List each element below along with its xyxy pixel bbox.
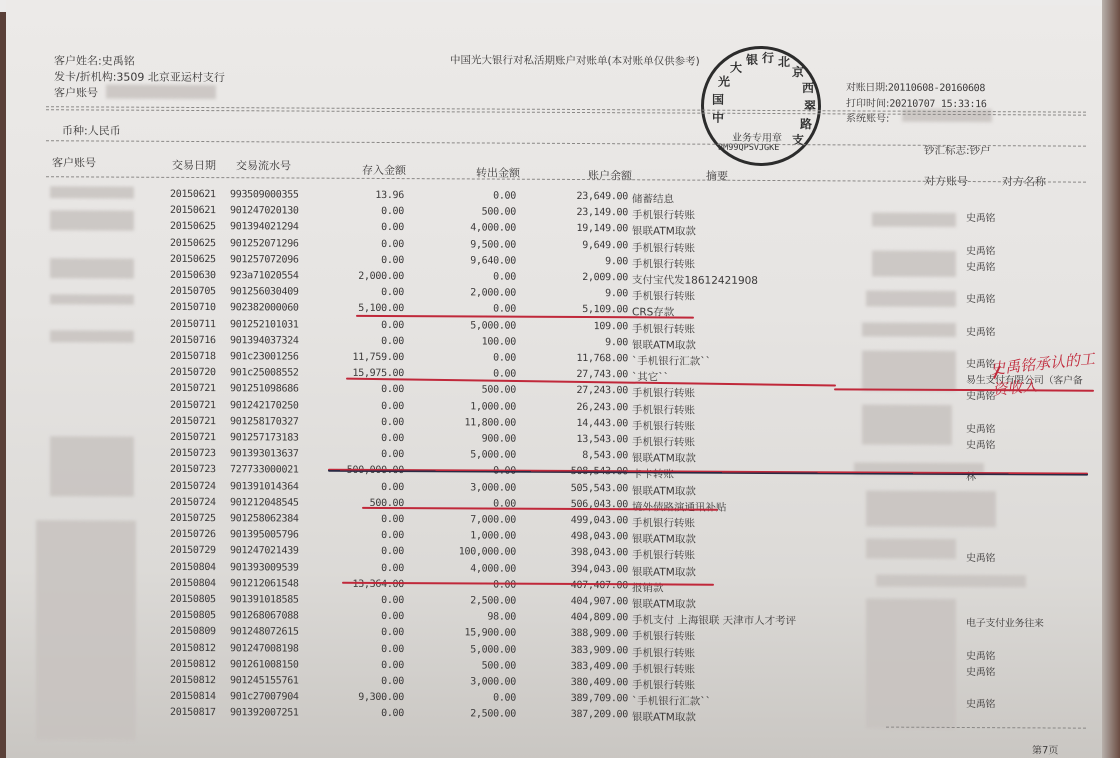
withdrawal-amount: 3,000.00 <box>470 676 516 687</box>
deposit-amount: 0.00 <box>381 563 404 574</box>
counterparty-name: 史禹铭 <box>966 436 995 451</box>
transaction-date: 20150725 <box>170 513 216 524</box>
deposit-amount: 13.96 <box>375 190 404 201</box>
transaction-date: 20150812 <box>170 659 216 670</box>
account-balance: 407,407.00 <box>571 580 628 591</box>
counterparty-name: 林 <box>966 468 976 483</box>
stamp-purpose: 业务专用章 <box>732 129 782 144</box>
transaction-serial: 993509000355 <box>230 189 299 200</box>
transaction-serial: 901248072615 <box>230 627 299 638</box>
print-time: 打印时间:20210707 15:33:16 <box>846 94 987 110</box>
transaction-serial: 901247008198 <box>230 643 299 654</box>
deposit-amount: 0.00 <box>381 530 404 541</box>
account-balance: 394,043.00 <box>571 564 628 575</box>
transaction-serial: 901395005796 <box>230 529 299 540</box>
transaction-serial: 901394037324 <box>230 335 299 346</box>
counterparty-name: 史禹铭 <box>966 258 995 273</box>
transaction-date: 20150621 <box>170 189 216 200</box>
transaction-date: 20150625 <box>170 237 216 248</box>
transaction-summary: 手机银行转账 <box>632 321 695 336</box>
transaction-serial: 901257173183 <box>230 432 299 443</box>
transaction-date: 20150724 <box>170 480 216 491</box>
counterparty-name: 史禹铭 <box>966 290 995 305</box>
transaction-date: 20150625 <box>170 221 216 232</box>
deposit-amount: 0.00 <box>381 449 404 460</box>
account-balance: 380,409.00 <box>571 677 628 688</box>
account-balance: 9.00 <box>605 337 628 348</box>
transaction-serial: 901212061548 <box>230 578 299 589</box>
customer-account-label: 客户账号 <box>54 84 98 100</box>
redacted-account <box>106 85 216 100</box>
transaction-date: 20150721 <box>170 432 216 443</box>
transaction-summary: 银联ATM取款 <box>632 710 696 725</box>
transaction-date: 20150804 <box>170 578 216 589</box>
customer-name-label: 客户姓名: <box>54 54 102 67</box>
transaction-summary: 手机银行转账 <box>632 386 695 401</box>
account-balance: 387,209.00 <box>571 709 628 720</box>
account-balance: 109.00 <box>594 321 628 332</box>
deposit-amount: 0.00 <box>381 660 404 671</box>
stamp-char: 大 <box>730 59 742 76</box>
transaction-serial: 901251098686 <box>230 384 299 395</box>
deposit-amount: 5,100.00 <box>358 303 404 314</box>
transaction-serial: 901393009539 <box>230 562 299 573</box>
deposit-amount: 0.00 <box>381 336 404 347</box>
transaction-summary: 手机银行转账 <box>632 548 695 563</box>
transaction-summary: 手机银行转账 <box>632 645 695 660</box>
transaction-summary: 银联ATM取款 <box>632 483 696 498</box>
withdrawal-amount: 2,000.00 <box>470 288 516 299</box>
transaction-date: 20150621 <box>170 205 216 216</box>
counterparty-name: 史禹铭 <box>966 663 995 678</box>
cash-flag-value: 钞户 <box>970 145 991 157</box>
transaction-serial: 901256030409 <box>230 286 299 297</box>
branch-value: 3509 北京亚运村支行 <box>116 71 225 85</box>
transaction-summary: 手机银行转账 <box>632 256 695 271</box>
transaction-serial: 901c23001256 <box>230 351 299 362</box>
withdrawal-amount: 1,000.00 <box>470 401 516 412</box>
transaction-summary: 手机支付 上海银联 天津市人才考评 <box>632 612 796 628</box>
withdrawal-amount: 7,000.00 <box>470 514 516 525</box>
withdrawal-amount: 5,000.00 <box>470 450 516 461</box>
transaction-date: 20150718 <box>170 351 216 362</box>
transaction-summary: 银联ATM取款 <box>632 337 696 352</box>
transaction-date: 20150726 <box>170 529 216 540</box>
account-balance: 11,768.00 <box>577 353 629 364</box>
withdrawal-amount: 0.00 <box>493 191 516 202</box>
withdrawal-amount: 5,000.00 <box>470 320 516 331</box>
withdrawal-amount: 4,000.00 <box>470 223 516 234</box>
transaction-serial: 901393013637 <box>230 448 299 459</box>
stamp-char: 支 <box>792 131 804 148</box>
stamp-char: 光 <box>718 73 730 90</box>
deposit-amount: 0.00 <box>381 433 404 444</box>
deposit-amount: 0.00 <box>381 206 404 217</box>
transaction-summary: 手机银行转账 <box>632 240 695 255</box>
deposit-amount: 0.00 <box>381 514 404 525</box>
deposit-amount: 9,300.00 <box>358 692 404 703</box>
stamp-char: 行 <box>762 49 774 66</box>
col-date: 交易日期 <box>172 157 216 173</box>
account-balance: 404,809.00 <box>571 612 628 623</box>
account-balance: 389,709.00 <box>571 693 628 704</box>
withdrawal-amount: 2,500.00 <box>470 709 516 720</box>
transaction-serial: 901212048545 <box>230 497 299 508</box>
counterparty-name: 史禹铭 <box>966 420 995 435</box>
transaction-date: 20150711 <box>170 318 216 329</box>
transaction-summary: `手机银行汇款`` <box>632 693 711 708</box>
deposit-amount: 0.00 <box>381 676 404 687</box>
transaction-serial: 901257072096 <box>230 254 299 265</box>
transaction-date: 20150814 <box>170 691 216 702</box>
transaction-date: 20150721 <box>170 399 216 410</box>
transaction-summary: 手机银行转账 <box>632 434 695 449</box>
account-balance: 404,907.00 <box>571 596 628 607</box>
deposit-amount: 0.00 <box>381 239 404 250</box>
transaction-summary: 手机银行转账 <box>632 677 695 692</box>
transaction-serial: 901394021294 <box>230 222 299 233</box>
account-balance: 9.00 <box>605 288 628 299</box>
deposit-amount: 0.00 <box>381 255 404 266</box>
withdrawal-amount: 98.00 <box>487 612 516 623</box>
currency-label: 币种: <box>62 124 88 137</box>
col-serial: 交易流水号 <box>236 157 291 173</box>
stamp-char: 西 <box>802 79 814 96</box>
transaction-summary: 支付宝代发18612421908 <box>632 272 758 288</box>
transaction-summary: 手机银行转账 <box>632 515 695 530</box>
transaction-summary: 手机银行转账 <box>632 402 695 417</box>
deposit-amount: 0.00 <box>381 595 404 606</box>
account-balance: 26,243.00 <box>577 402 629 413</box>
account-balance: 383,909.00 <box>571 645 628 656</box>
transaction-serial: 901c27007904 <box>230 691 299 702</box>
transaction-serial: 901252101031 <box>230 319 299 330</box>
account-balance: 383,409.00 <box>571 661 628 672</box>
transaction-serial: 901252071296 <box>230 238 299 249</box>
deposit-amount: 0.00 <box>381 546 404 557</box>
transaction-summary: 手机银行转账 <box>632 207 695 222</box>
transaction-serial: 923a71020554 <box>230 270 299 281</box>
transaction-serial: 901391014364 <box>230 481 299 492</box>
transaction-summary: 银联ATM取款 <box>632 564 696 579</box>
transaction-date: 20150625 <box>170 254 216 265</box>
transaction-date: 20150809 <box>170 626 216 637</box>
transaction-date: 20150812 <box>170 642 216 653</box>
transaction-serial: 901247020130 <box>230 205 299 216</box>
transaction-date: 20150723 <box>170 448 216 459</box>
customer-name-value: 史禹铭 <box>102 55 135 68</box>
transaction-date: 20150705 <box>170 286 216 297</box>
col-customer-account: 客户账号 <box>52 154 96 170</box>
account-balance: 14,443.00 <box>577 418 629 429</box>
withdrawal-amount: 1,000.00 <box>470 531 516 542</box>
account-balance: 27,243.00 <box>577 385 629 396</box>
account-balance: 2,009.00 <box>582 272 628 283</box>
transaction-date: 20150721 <box>170 383 216 394</box>
period-value: 20110608-20160608 <box>888 83 985 95</box>
counterparty-name: 史禹铭 <box>966 647 995 662</box>
deposit-amount: 0.00 <box>381 708 404 719</box>
withdrawal-amount: 3,000.00 <box>470 482 516 493</box>
withdrawal-amount: 900.00 <box>482 433 516 444</box>
deposit-amount: 0.00 <box>381 287 404 298</box>
withdrawal-amount: 2,500.00 <box>470 595 516 606</box>
account-balance: 398,043.00 <box>571 547 628 558</box>
stamp-char: 北 <box>778 53 790 70</box>
account-balance: 23,649.00 <box>577 191 629 202</box>
deposit-amount: 0.00 <box>381 627 404 638</box>
statement-title: 中国光大银行对私活期账户对账单(本对账单仅供参考) <box>450 52 700 68</box>
account-balance: 27,743.00 <box>577 369 629 380</box>
transaction-date: 20150710 <box>170 302 216 313</box>
transaction-serial: 901242170250 <box>230 400 299 411</box>
transaction-date: 20150804 <box>170 561 216 572</box>
print-time-label: 打印时间: <box>846 98 889 109</box>
transaction-serial: 901247021439 <box>230 546 299 557</box>
withdrawal-amount: 0.00 <box>493 369 516 380</box>
customer-name: 客户姓名:史禹铭 <box>54 52 135 68</box>
stamp-char: 国 <box>712 91 724 108</box>
deposit-amount: 0.00 <box>381 611 404 622</box>
transaction-date: 20150630 <box>170 270 216 281</box>
transaction-summary: 银联ATM取款 <box>632 224 696 239</box>
transaction-date: 20150812 <box>170 675 216 686</box>
transaction-date: 20150805 <box>170 594 216 605</box>
transaction-summary: 储蓄结息 <box>632 191 674 206</box>
branch-label: 发卡/折机构: <box>54 70 116 83</box>
counterparty-name: 史禹铭 <box>966 549 995 564</box>
col-summary: 摘要 <box>706 168 728 184</box>
withdrawal-amount: 11,800.00 <box>465 417 517 428</box>
deposit-amount: 13,364.00 <box>353 579 405 590</box>
transaction-date: 20150723 <box>170 464 216 475</box>
transaction-serial: 901258062384 <box>230 513 299 524</box>
page-number: 第7页 <box>1032 741 1058 756</box>
withdrawal-amount: 4,000.00 <box>470 563 516 574</box>
transaction-serial: 901261008150 <box>230 659 299 670</box>
bank-seal-stamp: 中 国 光 大 银 行 北 京 西 翠 路 支 业务专用章 BM99QPSVJG… <box>701 46 821 167</box>
transaction-summary: 银联ATM取款 <box>632 531 696 546</box>
account-balance: 5,109.00 <box>582 304 628 315</box>
deposit-amount: 0.00 <box>381 482 404 493</box>
counterparty-name: 史禹铭 <box>966 323 995 338</box>
period-label: 对账日期: <box>846 82 888 93</box>
transaction-date: 20150721 <box>170 416 216 427</box>
withdrawal-amount: 9,640.00 <box>470 255 516 266</box>
account-balance: 505,543.00 <box>571 483 628 494</box>
transaction-summary: 手机银行转账 <box>632 288 695 303</box>
currency: 币种:人民币 <box>62 122 121 138</box>
withdrawal-amount: 100,000.00 <box>459 547 516 558</box>
account-balance: 498,043.00 <box>571 531 628 542</box>
withdrawal-amount: 0.00 <box>493 693 516 704</box>
transaction-serial: 901392007251 <box>230 708 299 719</box>
counterparty-name: 史禹铭 <box>966 242 995 257</box>
account-balance: 13,543.00 <box>577 434 629 445</box>
deposit-amount: 2,000.00 <box>358 271 404 282</box>
stamp-char: 京 <box>792 63 804 80</box>
account-balance: 8,543.00 <box>582 450 628 461</box>
transaction-date: 20150720 <box>170 367 216 378</box>
transaction-serial: 902382000060 <box>230 303 299 314</box>
issuing-branch: 发卡/折机构:3509 北京亚运村支行 <box>54 68 225 85</box>
transaction-summary: 手机银行转账 <box>632 418 695 433</box>
withdrawal-amount: 500.00 <box>482 385 516 396</box>
transaction-date: 20150716 <box>170 335 216 346</box>
deposit-amount: 0.00 <box>381 384 404 395</box>
account-balance: 19,149.00 <box>577 223 629 234</box>
transaction-date: 20150724 <box>170 497 216 508</box>
counterparty-name: 史禹铭 <box>966 209 995 224</box>
col-deposit: 存入金额 <box>362 162 406 178</box>
withdrawal-amount: 0.00 <box>493 272 516 283</box>
withdrawal-amount: 0.00 <box>493 579 516 590</box>
withdrawal-amount: 0.00 <box>493 353 516 364</box>
deposit-amount: 0.00 <box>381 401 404 412</box>
transaction-summary: 卡卡转账 <box>632 467 674 482</box>
transaction-serial: 901268067088 <box>230 610 299 621</box>
transaction-serial: 727733000021 <box>230 465 299 476</box>
account-balance: 499,043.00 <box>571 515 628 526</box>
counterparty-name: 史禹铭 <box>966 695 995 710</box>
withdrawal-amount: 100.00 <box>482 336 516 347</box>
deposit-amount: 11,759.00 <box>353 352 405 363</box>
deposit-amount: 0.00 <box>381 320 404 331</box>
background-edge <box>1102 0 1120 758</box>
counterparty-name: 电子支付业务往来 <box>966 614 1044 629</box>
withdrawal-amount: 500.00 <box>482 660 516 671</box>
transaction-summary: 银联ATM取款 <box>632 596 696 611</box>
deposit-amount: 0.00 <box>381 644 404 655</box>
transaction-serial: 901258170327 <box>230 416 299 427</box>
withdrawal-amount: 500.00 <box>482 207 516 218</box>
transaction-serial: 901391018585 <box>230 594 299 605</box>
account-balance: 388,909.00 <box>571 628 628 639</box>
transaction-date: 20150805 <box>170 610 216 621</box>
stamp-char: 路 <box>800 115 812 132</box>
transaction-date: 20150729 <box>170 545 216 556</box>
withdrawal-amount: 0.00 <box>493 304 516 315</box>
transaction-serial: 901245155761 <box>230 675 299 686</box>
currency-value: 人民币 <box>88 124 121 137</box>
transaction-summary: 境外债路演通讯补贴 <box>632 499 727 514</box>
statement-period: 对账日期:20110608-20160608 <box>846 78 985 94</box>
withdrawal-amount: 9,500.00 <box>470 239 516 250</box>
deposit-amount: 0.00 <box>381 417 404 428</box>
transaction-summary: `手机银行汇款`` <box>632 353 711 368</box>
stamp-char: 银 <box>746 51 758 68</box>
statement-paper: 客户姓名:史禹铭 发卡/折机构:3509 北京亚运村支行 客户账号 中国光大银行… <box>6 0 1104 758</box>
withdrawal-amount: 5,000.00 <box>470 644 516 655</box>
transaction-date: 20150817 <box>170 707 216 718</box>
transaction-summary: 银联ATM取款 <box>632 450 696 465</box>
account-balance: 9,649.00 <box>582 240 628 251</box>
col-balance: 账户余额 <box>588 167 632 183</box>
transaction-summary: 手机银行转账 <box>632 661 695 676</box>
transaction-summary: 手机银行转账 <box>632 629 695 644</box>
account-balance: 9.00 <box>605 256 628 267</box>
cash-flag-label: 钞汇标志: <box>924 145 970 157</box>
withdrawal-amount: 15,900.00 <box>465 628 517 639</box>
transaction-serial: 901c25008552 <box>230 367 299 378</box>
deposit-amount: 0.00 <box>381 222 404 233</box>
account-balance: 23,149.00 <box>577 207 629 218</box>
